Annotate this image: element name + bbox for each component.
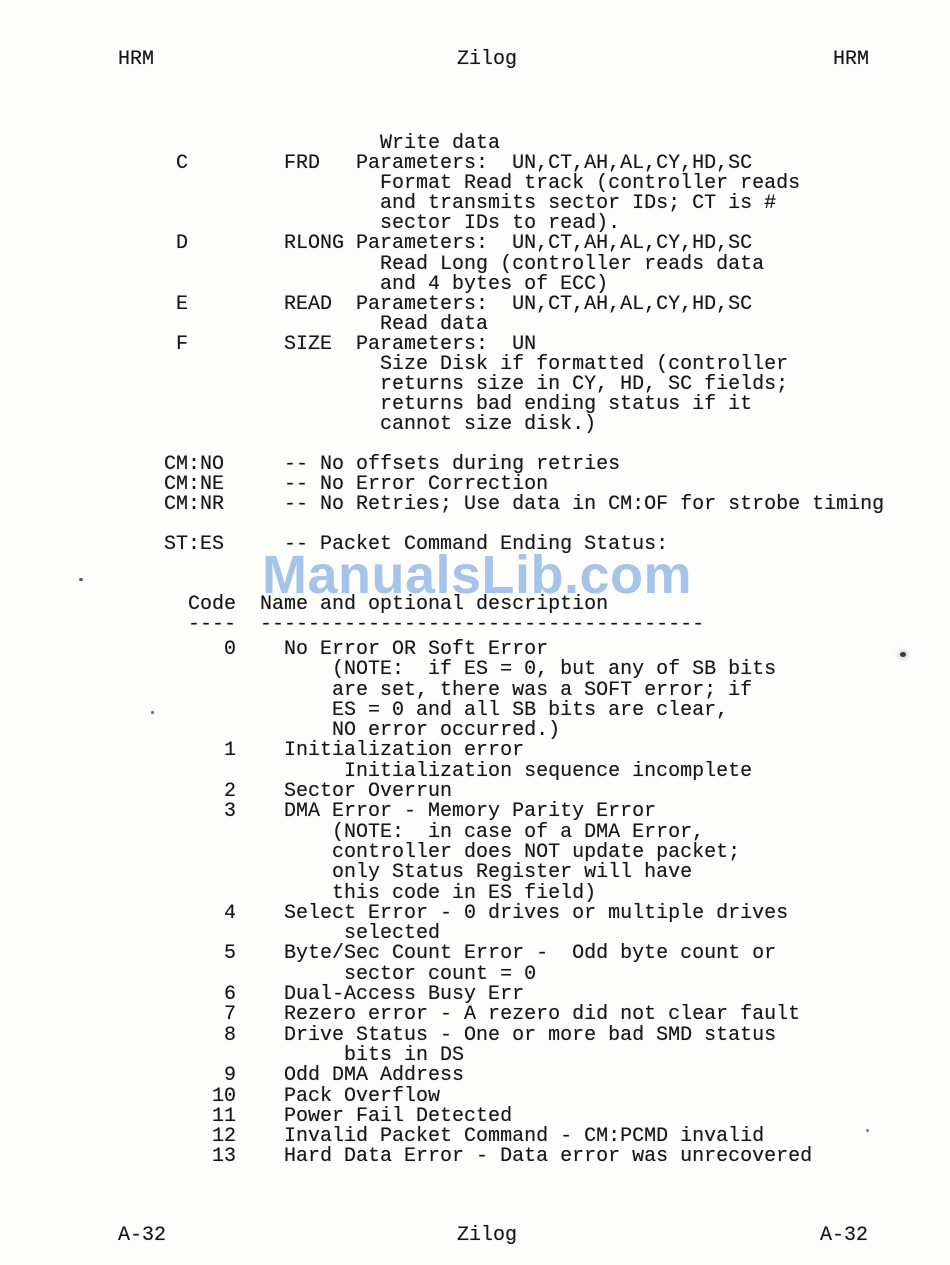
text-line: sector IDs to read). bbox=[116, 214, 800, 234]
packet-command-listing: Write data C FRD Parameters: UN,CT,AH,AL… bbox=[116, 134, 800, 435]
text-line: and transmits sector IDs; CT is # bbox=[116, 194, 800, 214]
text-line: Size Disk if formatted (controller bbox=[116, 355, 800, 375]
table-row: 10 Pack Overflow bbox=[116, 1087, 812, 1107]
text-line: Read data bbox=[116, 315, 800, 335]
table-row: 4 Select Error - 0 drives or multiple dr… bbox=[116, 904, 812, 924]
code-table-rows: 0 No Error OR Soft Error (NOTE: if ES = … bbox=[116, 640, 812, 1168]
text-line: Write data bbox=[116, 134, 800, 154]
text-line: CM:NR -- No Retries; Use data in CM:OF f… bbox=[116, 495, 884, 515]
table-row: 5 Byte/Sec Count Error - Odd byte count … bbox=[116, 944, 812, 964]
cm-flag-list: CM:NO -- No offsets during retries CM:NE… bbox=[116, 455, 884, 515]
table-row: 0 No Error OR Soft Error bbox=[116, 640, 812, 660]
table-row: 2 Sector Overrun bbox=[116, 782, 812, 802]
footer-left: A-32 bbox=[118, 1224, 166, 1247]
table-row: 3 DMA Error - Memory Parity Error bbox=[116, 802, 812, 822]
text-line: E READ Parameters: UN,CT,AH,AL,CY,HD,SC bbox=[116, 295, 800, 315]
st-es-heading: ST:ES -- Packet Command Ending Status: bbox=[116, 535, 668, 555]
table-row: 8 Drive Status - One or more bad SMD sta… bbox=[116, 1026, 812, 1046]
scan-artifact bbox=[151, 711, 154, 714]
column-headers: Code Name and optional description bbox=[116, 595, 704, 615]
text-line: Format Read track (controller reads bbox=[116, 174, 800, 194]
table-row: Initialization sequence incomplete bbox=[116, 762, 812, 782]
header-underline: ---- -----------------------------------… bbox=[116, 615, 704, 635]
text-line: and 4 bytes of ECC) bbox=[116, 275, 800, 295]
table-row: (NOTE: if ES = 0, but any of SB bits bbox=[116, 660, 812, 680]
footer-right: A-32 bbox=[820, 1224, 868, 1247]
document-page: HRM Zilog HRM ManualsLib.com Write data … bbox=[0, 0, 950, 1265]
text-line: C FRD Parameters: UN,CT,AH,AL,CY,HD,SC bbox=[116, 154, 800, 174]
table-row: are set, there was a SOFT error; if bbox=[116, 681, 812, 701]
text-line: Read Long (controller reads data bbox=[116, 255, 800, 275]
table-row: 11 Power Fail Detected bbox=[116, 1107, 812, 1127]
text-line: returns size in CY, HD, SC fields; bbox=[116, 375, 800, 395]
table-row: bits in DS bbox=[116, 1046, 812, 1066]
scan-artifact bbox=[900, 652, 906, 657]
table-row: only Status Register will have bbox=[116, 863, 812, 883]
table-row: 7 Rezero error - A rezero did not clear … bbox=[116, 1005, 812, 1025]
table-row: controller does NOT update packet; bbox=[116, 843, 812, 863]
table-row: ES = 0 and all SB bits are clear, bbox=[116, 701, 812, 721]
header-left: HRM bbox=[118, 48, 154, 71]
table-row: sector count = 0 bbox=[116, 965, 812, 985]
table-row: NO error occurred.) bbox=[116, 721, 812, 741]
text-line: CM:NO -- No offsets during retries bbox=[116, 455, 884, 475]
text-line: cannot size disk.) bbox=[116, 415, 800, 435]
table-row: this code in ES field) bbox=[116, 884, 812, 904]
header-right: HRM bbox=[833, 48, 869, 71]
table-row: 6 Dual-Access Busy Err bbox=[116, 985, 812, 1005]
text-line: returns bad ending status if it bbox=[116, 395, 800, 415]
text-line: ST:ES -- Packet Command Ending Status: bbox=[116, 535, 668, 555]
text-line: D RLONG Parameters: UN,CT,AH,AL,CY,HD,SC bbox=[116, 234, 800, 254]
header-center: Zilog bbox=[457, 48, 517, 71]
code-table-header: Code Name and optional description ---- … bbox=[116, 595, 704, 635]
table-row: 13 Hard Data Error - Data error was unre… bbox=[116, 1147, 812, 1167]
scan-artifact bbox=[79, 578, 83, 581]
footer-center: Zilog bbox=[457, 1224, 517, 1247]
table-row: (NOTE: in case of a DMA Error, bbox=[116, 823, 812, 843]
table-row: 1 Initialization error bbox=[116, 741, 812, 761]
text-line: F SIZE Parameters: UN bbox=[116, 335, 800, 355]
text-line: CM:NE -- No Error Correction bbox=[116, 475, 884, 495]
table-row: 9 Odd DMA Address bbox=[116, 1066, 812, 1086]
scan-artifact bbox=[866, 1129, 869, 1132]
table-row: 12 Invalid Packet Command - CM:PCMD inva… bbox=[116, 1127, 812, 1147]
table-row: selected bbox=[116, 924, 812, 944]
